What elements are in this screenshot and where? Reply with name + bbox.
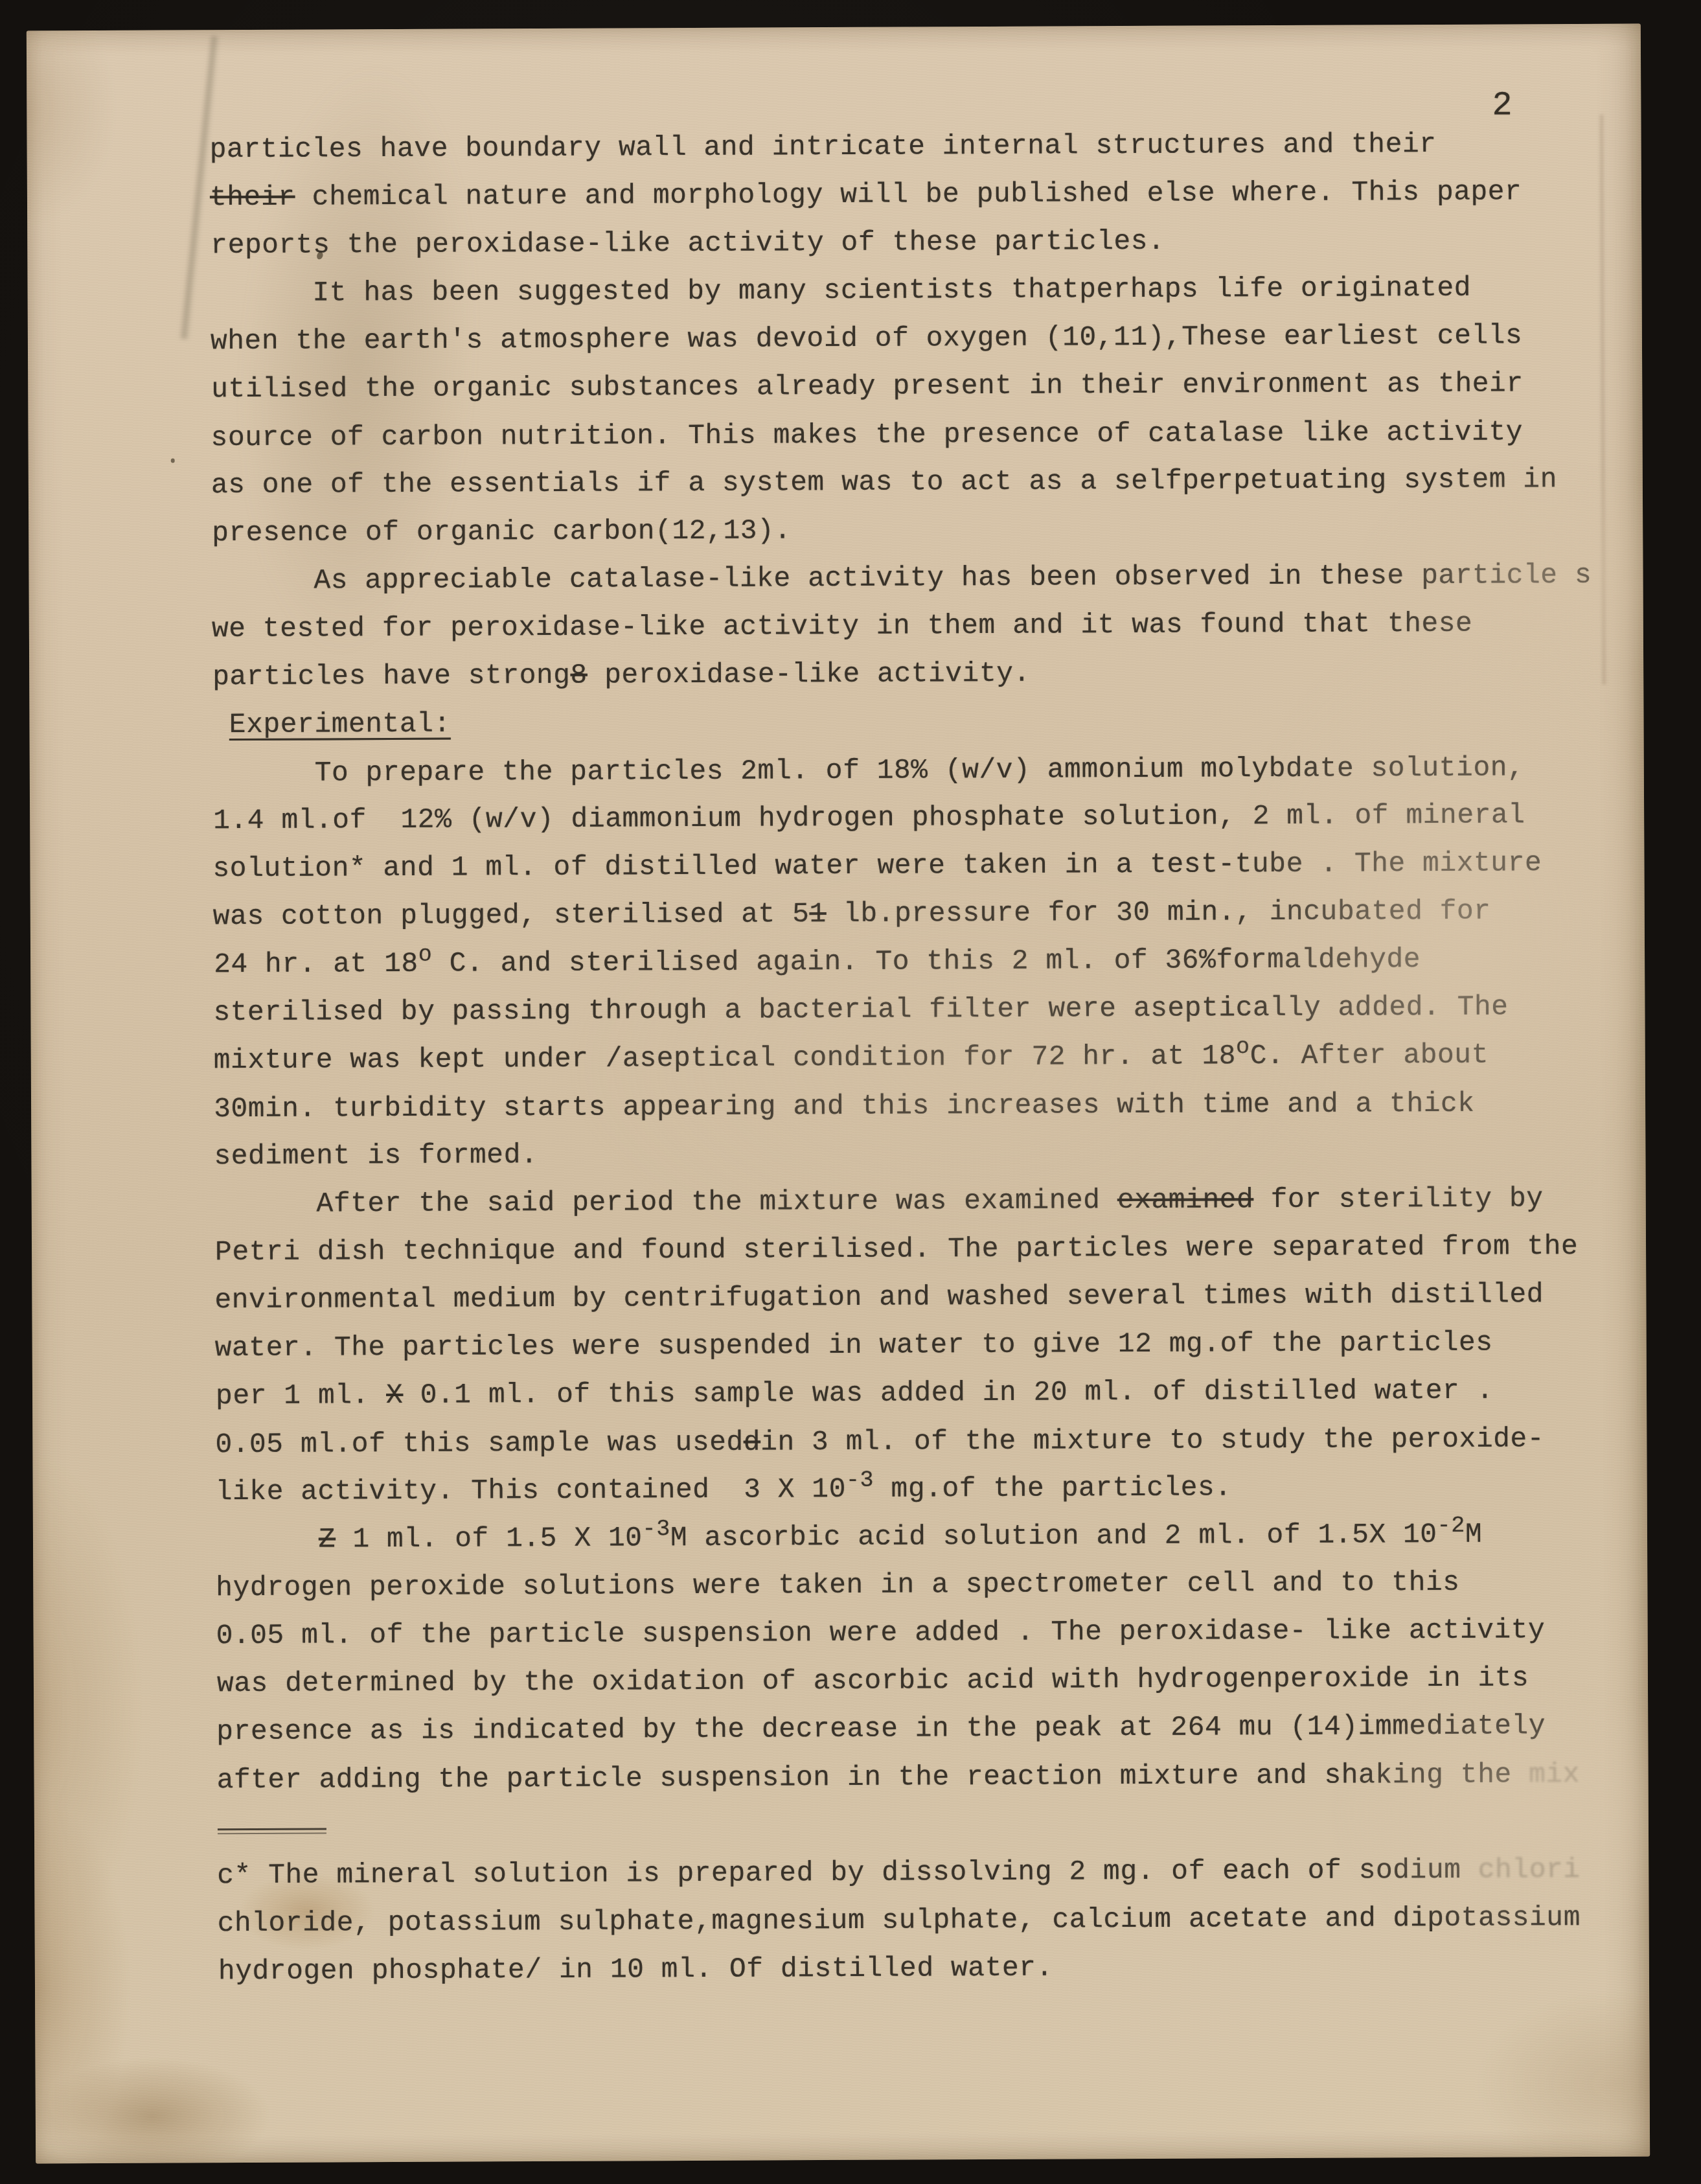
- text-line: chloride, potassium sulphate,magnesium s…: [217, 1894, 1629, 1948]
- text-line: source of carbon nutrition. This makes t…: [211, 408, 1623, 463]
- text-line: sediment is formed.: [214, 1127, 1626, 1181]
- text-line: Petri dish technique and found sterilise…: [215, 1223, 1627, 1277]
- text-line: after adding the particle suspension in …: [216, 1751, 1628, 1805]
- document-text: particles have boundary wall and intrica…: [209, 120, 1630, 1995]
- text-line: utilised the organic substances already …: [211, 360, 1623, 414]
- text-line: To prepare the particles 2ml. of 18% (w/…: [212, 744, 1625, 798]
- text-line: 0.05 ml.of this sample was useddin 3 ml.…: [215, 1415, 1627, 1469]
- text-line: hydrogen phosphate/ in 10 ml. Of distill…: [218, 1942, 1630, 1996]
- text-line: presence of organic carbon(12,13).: [212, 503, 1624, 558]
- text-line: solution* and 1 ml. of distilled water w…: [212, 839, 1625, 893]
- paper-sheet: 2 particles have boundary wall and intri…: [27, 24, 1650, 2164]
- text-line: mixture was kept under /aseptical condit…: [214, 1031, 1626, 1085]
- text-line: like activity. This contained 3 X 10-3 m…: [216, 1462, 1628, 1517]
- text-line: hydrogen peroxide solutions were taken i…: [216, 1558, 1628, 1613]
- text-line: [218, 1798, 1630, 1852]
- text-line: per 1 ml. X 0.1 ml. of this sample was a…: [216, 1366, 1628, 1421]
- text-line: 30min. turbidity starts appearing and th…: [214, 1079, 1626, 1134]
- text-line: As appreciable catalase-like activity ha…: [211, 551, 1623, 606]
- page-number: 2: [1492, 86, 1512, 124]
- text-line: water. The particles were suspended in w…: [215, 1318, 1627, 1373]
- text-line: particles have boundary wall and intrica…: [209, 120, 1621, 174]
- text-line: Experimental:: [212, 695, 1624, 750]
- text-line: 1.4 ml.of 12% (w/v) diammonium hydrogen …: [213, 791, 1625, 845]
- text-line: we tested for peroxidase-like activity i…: [212, 599, 1624, 654]
- scan-background: { "page": { "number": "2", "lines": [ {"…: [0, 0, 1701, 2184]
- text-line: Z 1 ml. of 1.5 X 10-3M ascorbic acid sol…: [216, 1510, 1628, 1565]
- text-line: was determined by the oxidation of ascor…: [217, 1654, 1629, 1708]
- text-line: reports the peroxidase-like activity of …: [211, 216, 1623, 270]
- text-line: when the earth's atmosphere was devoid o…: [211, 312, 1623, 366]
- text-line: as one of the essentials if a system was…: [211, 455, 1623, 510]
- ink-speck: [171, 458, 175, 463]
- text-line: sterilised by passing through a bacteria…: [213, 983, 1625, 1037]
- text-line: 24 hr. at 18o C. and sterilised again. T…: [214, 935, 1626, 989]
- text-line: environmental medium by centrifugation a…: [214, 1270, 1627, 1325]
- text-line: particles have strong8 peroxidase-like a…: [212, 647, 1625, 702]
- text-line: c* The mineral solution is prepared by d…: [217, 1846, 1629, 1900]
- text-line: their chemical nature and morphology wil…: [210, 168, 1622, 222]
- text-line: presence as is indicated by the decrease…: [216, 1702, 1628, 1756]
- footnote-separator: [218, 1828, 326, 1834]
- text-line: It has been suggested by many scientists…: [210, 264, 1622, 318]
- text-line: 0.05 ml. of the particle suspension were…: [216, 1606, 1628, 1661]
- text-line: After the said period the mixture was ex…: [214, 1175, 1627, 1229]
- text-line: was cotton plugged, sterilised at 51 lb.…: [213, 887, 1625, 941]
